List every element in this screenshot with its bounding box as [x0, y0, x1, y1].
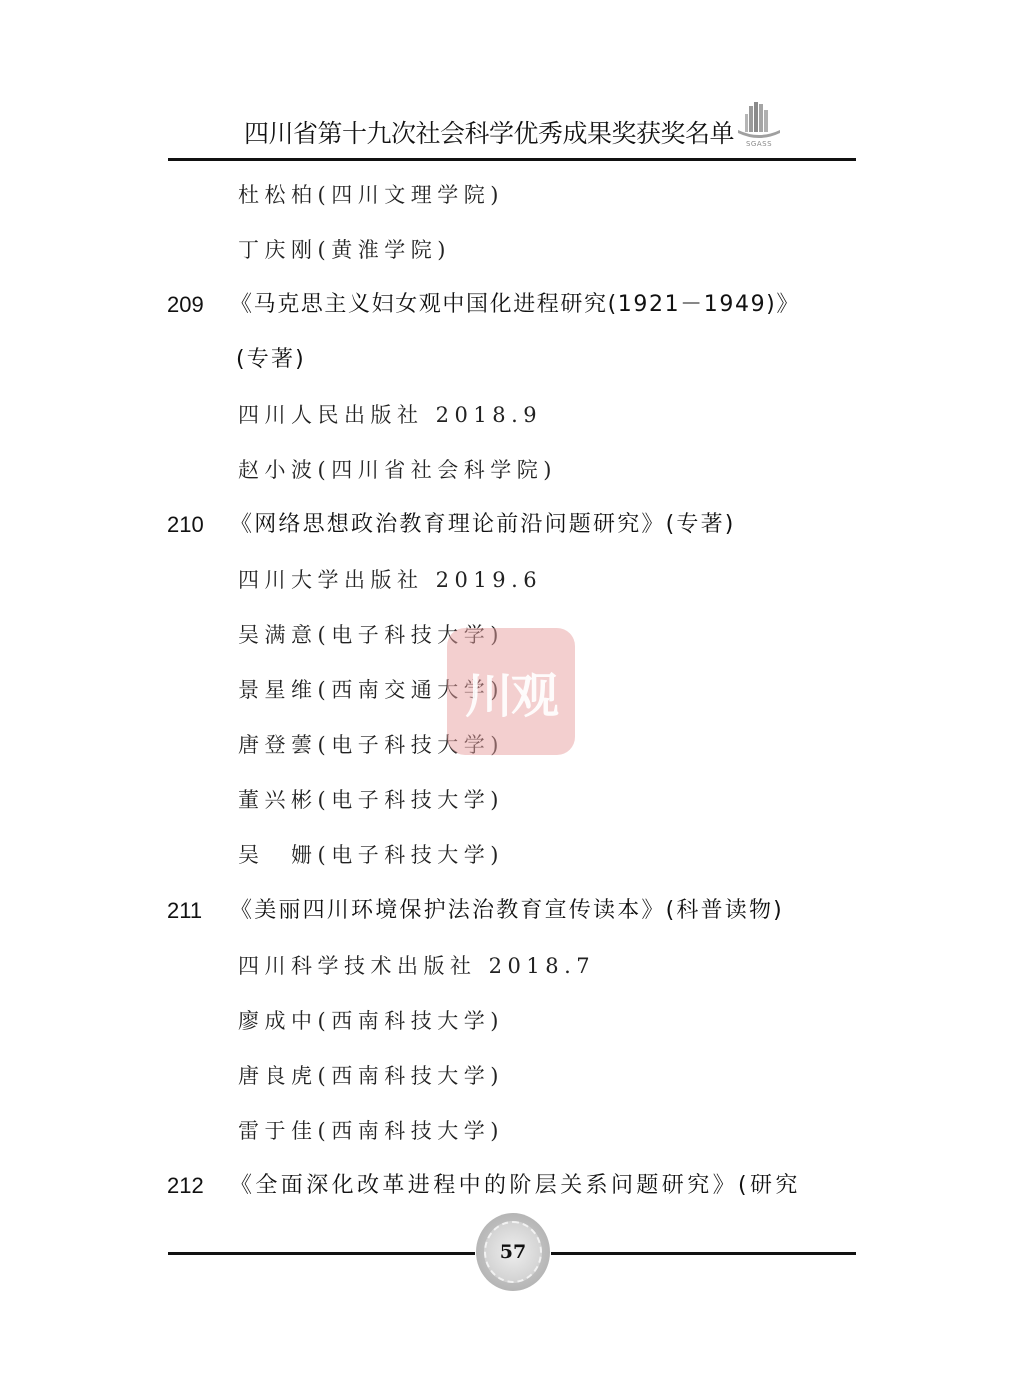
entry-heading: 209 《马克思主义妇女观中国化进程研究(1921－1949)》 — [0, 290, 1024, 320]
page-badge-inner: 57 — [484, 1221, 542, 1283]
author-line: 廖成中(西南科技大学) — [238, 1006, 504, 1036]
entry-title: 《全面深化改革进程中的阶层关系问题研究》(研究 — [230, 1171, 801, 1201]
list-item: 四川大学出版社 2019.6 — [0, 565, 1024, 595]
list-item: 雷于佳(西南科技大学) — [0, 1116, 1024, 1146]
list-item: 唐良虎(西南科技大学) — [0, 1061, 1024, 1091]
author-line: 吴 姗(电子科技大学) — [238, 840, 504, 870]
list-item: 赵小波(四川省社会科学院) — [0, 455, 1024, 485]
list-item: 杜松柏(四川文理学院) — [0, 180, 1024, 210]
publisher-line: 四川科学技术出版社 2018.7 — [238, 951, 595, 981]
page-number: 57 — [500, 1241, 526, 1263]
list-item: 吴 姗(电子科技大学) — [0, 840, 1024, 870]
list-item: 四川科学技术出版社 2018.7 — [0, 951, 1024, 981]
list-item: 董兴彬(电子科技大学) — [0, 785, 1024, 815]
author-line: 赵小波(四川省社会科学院) — [238, 455, 557, 485]
list-item: 廖成中(西南科技大学) — [0, 1006, 1024, 1036]
sgass-logo: SGASS — [734, 100, 784, 152]
header-divider — [168, 158, 856, 161]
building-logo-icon — [734, 100, 784, 142]
page-title: 四川省第十九次社会科学优秀成果奖获奖名单 — [244, 114, 734, 150]
author-line: 杜松柏(四川文理学院) — [238, 180, 504, 210]
entry-heading: 212 《全面深化改革进程中的阶层关系问题研究》(研究 — [0, 1171, 1024, 1201]
watermark-text: 川观 — [465, 657, 557, 726]
list-item: 四川人民出版社 2018.9 — [0, 400, 1024, 430]
entry-heading: 211 《美丽四川环境保护法治教育宣传读本》(科普读物) — [0, 896, 1024, 926]
publisher-line: 四川人民出版社 2018.9 — [238, 400, 542, 430]
entry-number: 212 — [167, 1171, 204, 1201]
entry-number: 211 — [167, 896, 202, 926]
entry-number: 209 — [167, 290, 204, 320]
footer-divider-right — [551, 1252, 856, 1255]
page-header: 四川省第十九次社会科学优秀成果奖获奖名单 SGASS — [168, 100, 856, 162]
entry-title: 《网络思想政治教育理论前沿问题研究》(专著) — [230, 510, 736, 540]
author-line: 丁庆刚(黄淮学院) — [238, 235, 451, 265]
author-line: 唐良虎(西南科技大学) — [238, 1061, 504, 1091]
list-item: 丁庆刚(黄淮学院) — [0, 235, 1024, 265]
list-item: (专著) — [0, 345, 1024, 375]
footer-divider-left — [168, 1252, 475, 1255]
entry-title: 《马克思主义妇女观中国化进程研究(1921－1949)》 — [230, 290, 800, 320]
publisher-line: 四川大学出版社 2019.6 — [238, 565, 542, 595]
chuanguan-watermark: 川观 — [447, 628, 575, 755]
author-line: 雷于佳(西南科技大学) — [238, 1116, 504, 1146]
entry-category: (专著) — [236, 345, 306, 375]
author-line: 董兴彬(电子科技大学) — [238, 785, 504, 815]
entry-heading: 210 《网络思想政治教育理论前沿问题研究》(专著) — [0, 510, 1024, 540]
entry-number: 210 — [167, 510, 204, 540]
entry-title: 《美丽四川环境保护法治教育宣传读本》(科普读物) — [230, 896, 784, 926]
logo-text: SGASS — [734, 140, 784, 148]
ornamental-medallion-icon: 57 — [476, 1213, 550, 1291]
